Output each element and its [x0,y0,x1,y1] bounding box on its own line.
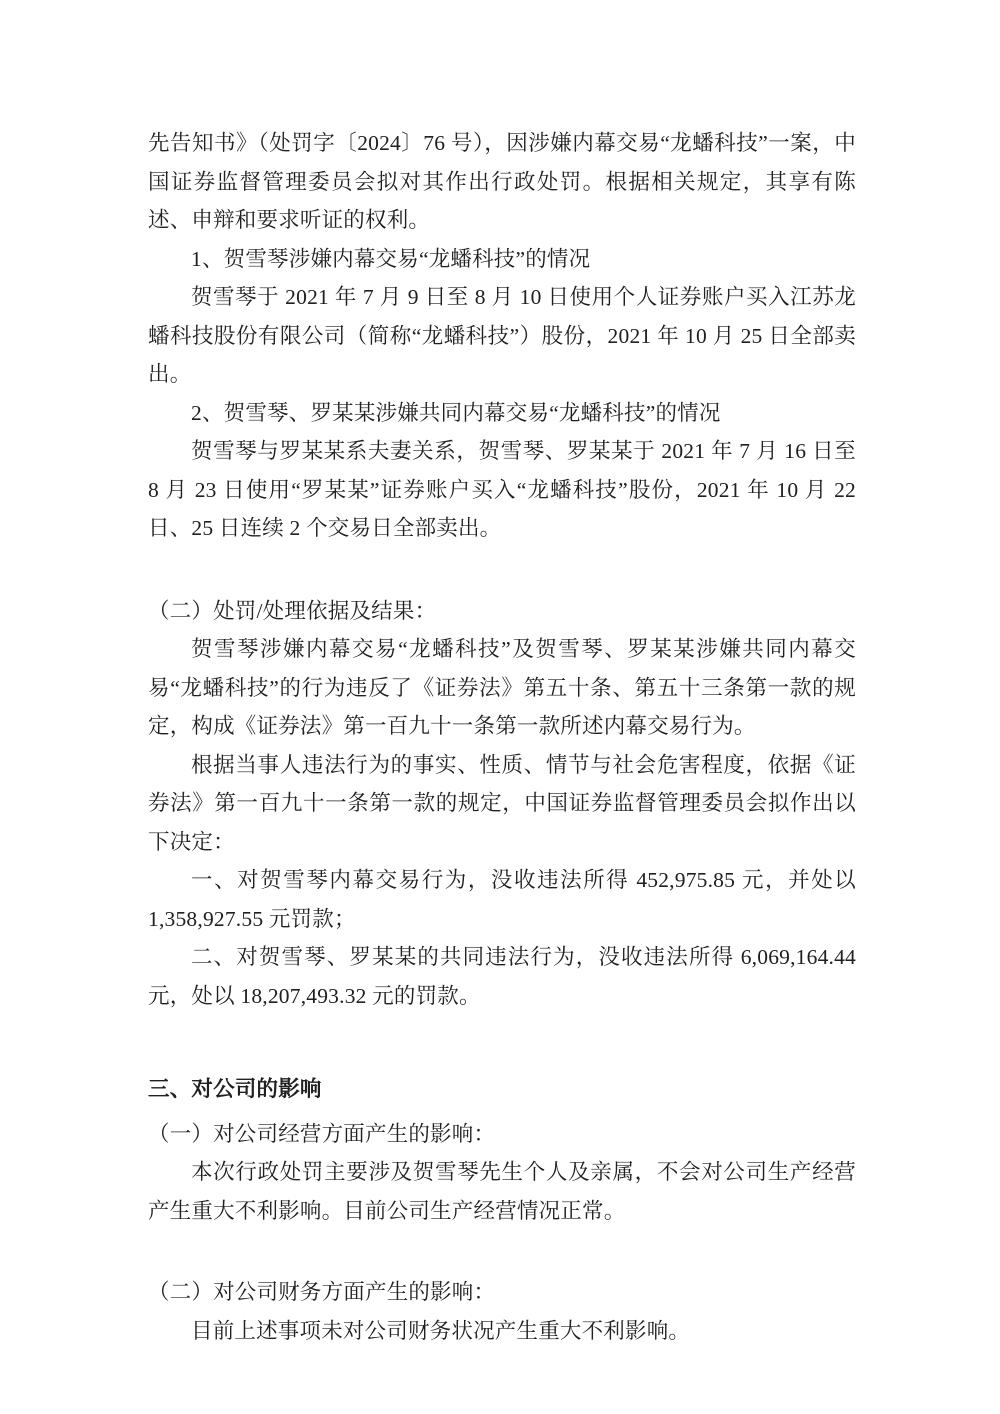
section-company-impact-heading: 三、对公司的影响 [148,1070,856,1109]
para-operating-impact: 本次行政处罚主要涉及贺雪琴先生个人及亲属，不会对公司生产经营产生重大不利影响。目… [148,1153,856,1230]
para-decision-item-2: 二、对贺雪琴、罗某某的共同违法行为，没收违法所得 6,069,164.44 元，… [148,938,856,1015]
para-violation-basis: 贺雪琴涉嫌内幕交易“龙蟠科技”及贺雪琴、罗某某涉嫌共同内幕交易“龙蟠科技”的行为… [148,630,856,746]
item-2-heading: 2、贺雪琴、罗某某涉嫌共同内幕交易“龙蟠科技”的情况 [148,394,856,433]
para-financial-impact: 目前上述事项未对公司财务状况产生重大不利影响。 [148,1312,856,1351]
para-item-2-detail: 贺雪琴与罗某某系夫妻关系，贺雪琴、罗某某于 2021 年 7 月 16 日至 8… [148,432,856,548]
item-1-heading: 1、贺雪琴涉嫌内幕交易“龙蟠科技”的情况 [148,240,856,279]
para-item-1-detail: 贺雪琴于 2021 年 7 月 9 日至 8 月 10 日使用个人证券账户买入江… [148,278,856,394]
para-decision-intro: 根据当事人违法行为的事实、性质、情节与社会危害程度，依据《证券法》第一百九十一条… [148,746,856,862]
subsection-financial-impact-heading: （二）对公司财务方面产生的影响： [148,1273,856,1312]
section-penalty-basis-heading: （二）处罚/处理依据及结果： [148,592,856,631]
para-decision-item-1: 一、对贺雪琴内幕交易行为，没收违法所得 452,975.85 元，并处以 1,3… [148,861,856,938]
subsection-operating-impact-heading: （一）对公司经营方面产生的影响： [148,1115,856,1154]
para-prior-notice-continuation: 先告知书》（处罚字〔2024〕76 号），因涉嫌内幕交易“龙蟠科技”一案，中国证… [148,124,856,240]
document-content: 先告知书》（处罚字〔2024〕76 号），因涉嫌内幕交易“龙蟠科技”一案，中国证… [148,124,856,1350]
document-page: 先告知书》（处罚字〔2024〕76 号），因涉嫌内幕交易“龙蟠科技”一案，中国证… [0,0,1000,1414]
